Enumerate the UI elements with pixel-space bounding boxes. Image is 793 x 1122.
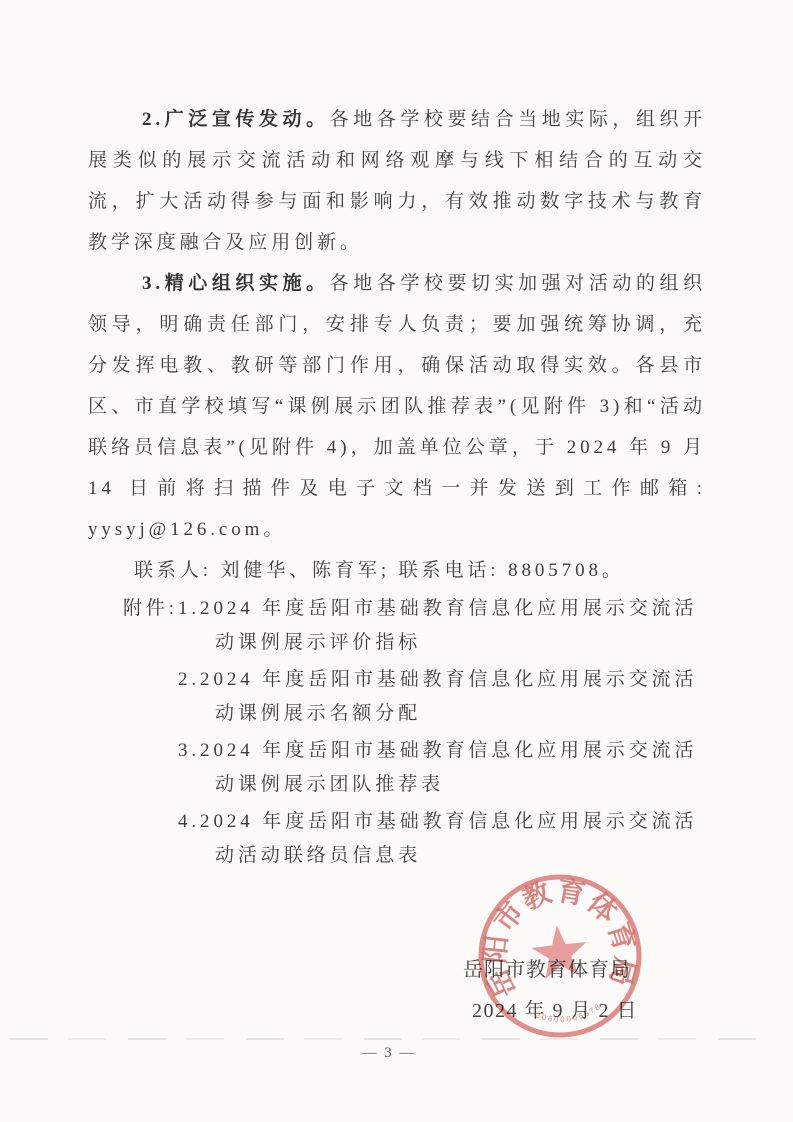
seal-code: 30600006578 bbox=[533, 1001, 604, 1027]
scan-artifact-line bbox=[10, 1038, 775, 1040]
document-body: 2.广泛宣传发动。各地各学校要结合当地实际，组织开展类似的展示交流活动和网络观摩… bbox=[88, 99, 706, 591]
attachment-item: 2.2024 年度岳阳市基础教育信息化应用展示交流活动课例展示名额分配 bbox=[178, 663, 715, 731]
attachment-item: 1.2024 年度岳阳市基础教育信息化应用展示交流活动课例展示评价指标 bbox=[178, 592, 715, 660]
official-seal-icon: 岳阳市教育体育局 30600006578 bbox=[472, 868, 648, 1044]
attachment-item: 3.2024 年度岳阳市基础教育信息化应用展示交流活动课例展示团队推荐表 bbox=[178, 734, 715, 802]
paragraph-promotion: 2.广泛宣传发动。各地各学校要结合当地实际，组织开展类似的展示交流活动和网络观摩… bbox=[88, 99, 706, 263]
attachment-item: 4.2024 年度岳阳市基础教育信息化应用展示交流活动活动联络员信息表 bbox=[178, 805, 715, 873]
svg-text:30600006578: 30600006578 bbox=[533, 1001, 604, 1027]
attachments-label: 附件: bbox=[123, 592, 178, 876]
paragraph-implementation: 3.精心组织实施。各地各学校要切实加强对活动的组织领导，明确责任部门，安排专人负… bbox=[88, 263, 706, 550]
attachments-list: 1.2024 年度岳阳市基础教育信息化应用展示交流活动课例展示评价指标 2.20… bbox=[178, 592, 715, 876]
attachments-block: 附件: 1.2024 年度岳阳市基础教育信息化应用展示交流活动课例展示评价指标 … bbox=[123, 592, 715, 876]
page-number: — 3 — bbox=[362, 1045, 417, 1062]
document-page: 2.广泛宣传发动。各地各学校要结合当地实际，组织开展类似的展示交流活动和网络观摩… bbox=[0, 0, 793, 1122]
paragraph-text: 各地各学校要切实加强对活动的组织领导，明确责任部门，安排专人负责；要加强统筹协调… bbox=[88, 273, 706, 540]
paragraph-text: 各地各学校要结合当地实际，组织开展类似的展示交流活动和网络观摩与线下相结合的互动… bbox=[88, 109, 706, 253]
contact-line: 联系人: 刘健华、陈育军; 联系电话: 8805708。 bbox=[88, 550, 706, 591]
seal-star-icon bbox=[529, 922, 589, 980]
paragraph-lead: 3.精心组织实施。 bbox=[142, 273, 330, 294]
paragraph-lead: 2.广泛宣传发动。 bbox=[142, 109, 330, 130]
